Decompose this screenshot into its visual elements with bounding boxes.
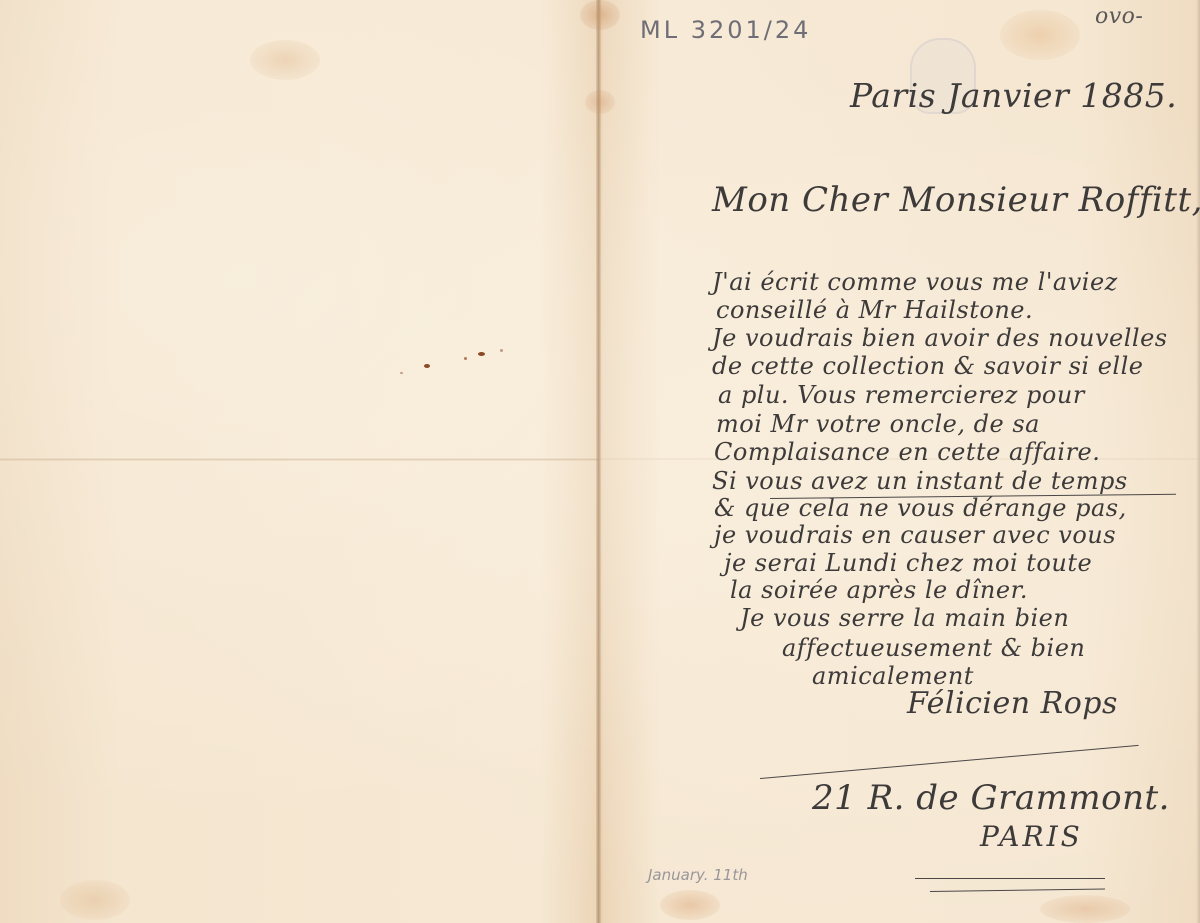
horizontal-fold-crease — [0, 458, 598, 461]
letter-spread: ML 3201/24 ovo- January. 11th Paris Janv… — [0, 0, 1200, 923]
right-stain-top — [1000, 10, 1080, 60]
pencil-date-note: January. 11th — [648, 866, 748, 884]
archive-call-number: ML 3201/24 — [640, 16, 811, 44]
bottom-stain — [660, 890, 720, 920]
letter-body-line: la soirée après le dîner. — [730, 576, 1028, 604]
sender-city: PARIS — [980, 820, 1083, 853]
paper-right-edge — [1196, 0, 1200, 923]
bottom-stain-2 — [1040, 895, 1130, 923]
gutter-stain-mid — [585, 90, 615, 114]
letter-body-line: Si vous avez un instant de temps — [712, 467, 1128, 495]
letter-date: Paris Janvier 1885. — [850, 76, 1177, 115]
gutter-stain-top — [580, 0, 620, 30]
foxing-spot — [400, 372, 403, 374]
corner-mark: ovo- — [1095, 4, 1143, 29]
foxing-spot — [500, 349, 503, 352]
letter-body-line: Je vous serre la main bien — [740, 604, 1069, 632]
signature: Félicien Rops — [907, 686, 1118, 721]
foxing-spot — [464, 357, 467, 360]
letter-body-line: je serai Lundi chez moi toute — [724, 549, 1092, 577]
left-page-blank — [0, 0, 598, 923]
letter-body-line: affectueusement & bien — [782, 634, 1085, 662]
letter-body-line: Complaisance en cette affaire. — [714, 438, 1100, 466]
letter-body-line: moi Mr votre oncle, de sa — [716, 410, 1040, 438]
left-stain-upper — [250, 40, 320, 80]
sender-address: 21 R. de Grammont. — [812, 778, 1170, 818]
left-bottom-stain — [60, 880, 130, 920]
letter-body-line: a plu. Vous remercierez pour — [718, 381, 1085, 409]
letter-body-line: conseillé à Mr Hailstone. — [716, 296, 1033, 324]
flourish-stroke — [915, 878, 1105, 879]
foxing-spot — [478, 352, 485, 356]
letter-body-line: J'ai écrit comme vous me l'aviez — [712, 268, 1118, 296]
letter-salutation: Mon Cher Monsieur Roffitt, — [712, 180, 1200, 220]
letter-body-line: je voudrais en causer avec vous — [714, 521, 1116, 549]
letter-body-line: de cette collection & savoir si elle — [712, 352, 1143, 380]
foxing-spot — [424, 364, 430, 368]
center-gutter-fold — [596, 0, 601, 923]
letter-body-line: Je voudrais bien avoir des nouvelles — [712, 324, 1168, 352]
